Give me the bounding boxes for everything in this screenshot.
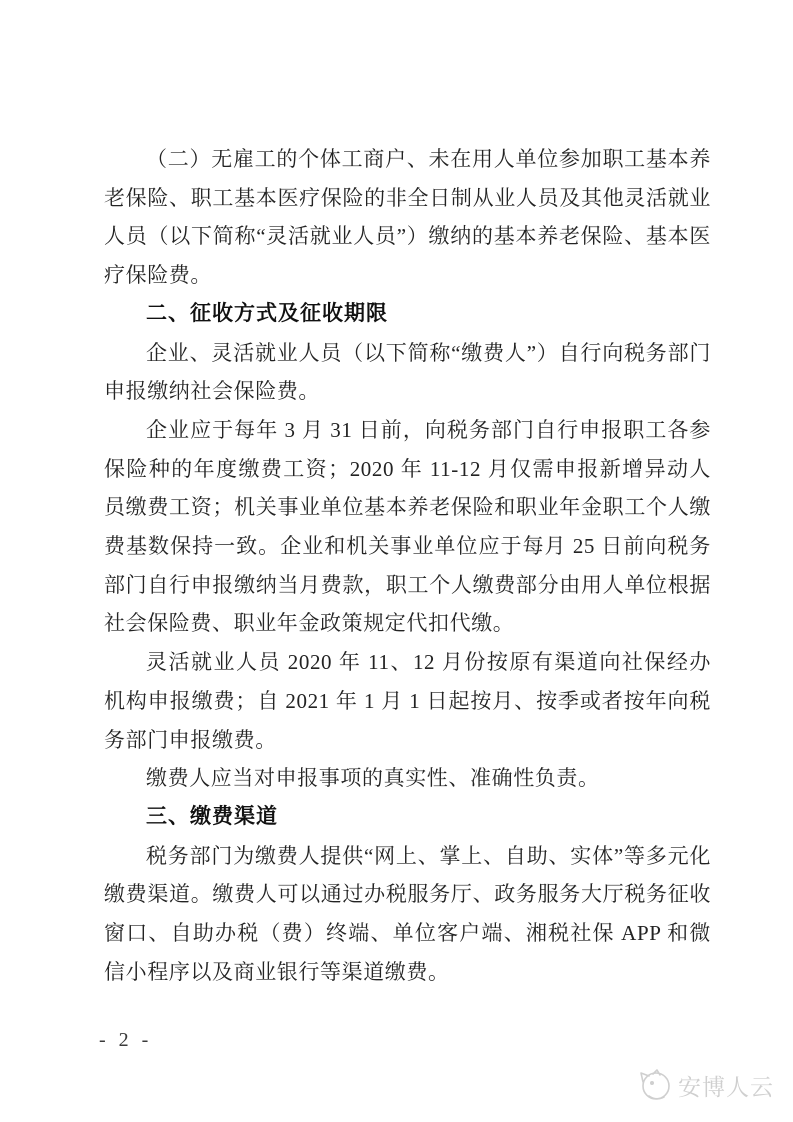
- watermark-text: 安博人云: [678, 1069, 774, 1102]
- paragraph-payment-channel-list: 税务部门为缴费人提供“网上、掌上、自助、实体”等多元化缴费渠道。缴费人可以通过办…: [104, 837, 711, 992]
- section-heading-payment-channels: 三、缴费渠道: [104, 798, 711, 837]
- document-page: （二）无雇工的个体工商户、未在用人单位参加职工基本养老保险、职工基本医疗保险的非…: [0, 0, 793, 1122]
- page-number: - 2 -: [99, 1029, 152, 1052]
- paragraph-payer-responsibility: 缴费人应当对申报事项的真实性、准确性负责。: [104, 759, 711, 798]
- cat-face-icon: [639, 1068, 675, 1102]
- section-heading-collection-method: 二、征收方式及征收期限: [104, 295, 711, 334]
- paragraph-flexible-employment-channels: 灵活就业人员 2020 年 11、12 月份按原有渠道向社保经办机构申报缴费；自…: [104, 643, 711, 759]
- paragraph-individual-payers: （二）无雇工的个体工商户、未在用人单位参加职工基本养老保险、职工基本医疗保险的非…: [104, 140, 711, 295]
- brand-watermark: 安博人云: [639, 1068, 774, 1102]
- document-body: （二）无雇工的个体工商户、未在用人单位参加职工基本养老保险、职工基本医疗保险的非…: [104, 140, 711, 991]
- paragraph-self-declaration: 企业、灵活就业人员（以下简称“缴费人”）自行向税务部门申报缴纳社会保险费。: [104, 334, 711, 411]
- paragraph-enterprise-deadlines: 企业应于每年 3 月 31 日前，向税务部门自行申报职工各参保险种的年度缴费工资…: [104, 411, 711, 643]
